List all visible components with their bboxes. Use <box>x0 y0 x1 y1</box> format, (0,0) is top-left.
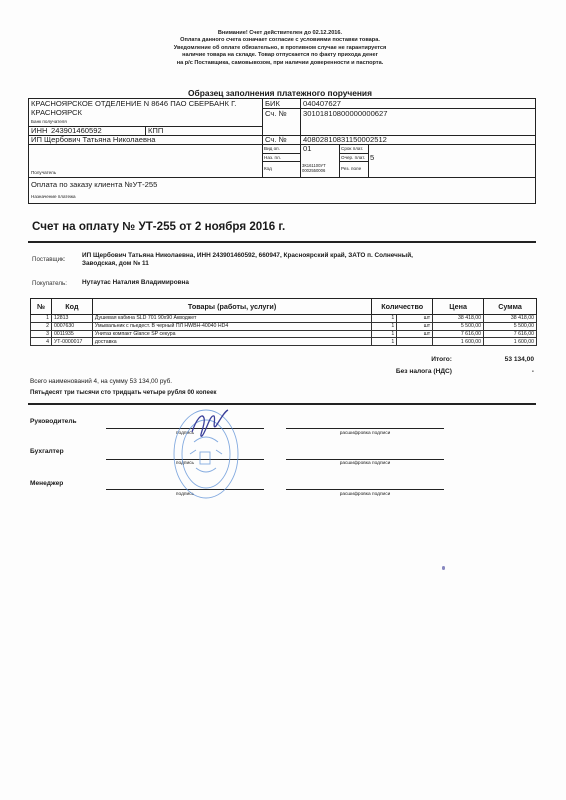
row-code: 0011935 <box>51 330 92 338</box>
table-header-row: № Код Товары (работы, услуги) Количество… <box>31 299 537 315</box>
handwritten-signature-icon <box>192 410 228 436</box>
decode-caption: расшифровка подписи <box>286 461 444 466</box>
items-table: № Код Товары (работы, услуги) Количество… <box>30 298 537 346</box>
table-row: 1 12813 Душевая кабина SLD 701 90х90 Акв… <box>31 315 537 323</box>
row-num: 1 <box>31 315 52 323</box>
title-underline <box>28 241 536 243</box>
validity-notice: Внимание! Счет действителен до 02.12.201… <box>100 30 460 67</box>
col-qty-header: Количество <box>372 299 433 315</box>
row-unit: шт <box>397 315 433 323</box>
supplier-line2: Заводская, дом № 11 <box>82 259 149 268</box>
due-date-label: Срок плат. <box>341 146 363 152</box>
divider <box>29 144 536 145</box>
decode-line <box>286 428 444 429</box>
corr-account-label: Сч. № <box>265 109 287 118</box>
row-qty: 1 <box>372 315 397 323</box>
recipient-label: Получатель <box>31 170 56 176</box>
col-num-header: № <box>31 299 52 315</box>
op-type-label: Вид оп. <box>264 146 280 152</box>
row-price: 38 418,00 <box>433 315 484 323</box>
purpose-text: Оплата по заказу клиента №УТ-255 <box>31 180 157 189</box>
account-label: Сч. № <box>265 135 287 144</box>
decode-caption: расшифровка подписи <box>286 431 444 436</box>
payment-order-box: КРАСНОЯРСКОЕ ОТДЕЛЕНИЕ N 8646 ПАО СБЕРБА… <box>28 98 536 204</box>
supplier-label: Поставщик: <box>32 256 65 263</box>
col-code-header: Код <box>51 299 92 315</box>
table-row: 3 0011935 Унитаз компакт Glance SP секур… <box>31 330 537 338</box>
decode-line <box>286 459 444 460</box>
pay-purpose-code-label: Наз. пл. <box>264 155 281 161</box>
col-sum-header: Сумма <box>484 299 537 315</box>
vat-value: - <box>532 368 534 375</box>
col-price-header: Цена <box>433 299 484 315</box>
payment-order-title: Образец заполнения платежного поручения <box>160 88 400 98</box>
row-sum: 38 418,00 <box>484 315 537 323</box>
signature-role-manager: Менеджер <box>30 480 63 487</box>
reserve-label: Рез. поле <box>341 166 361 172</box>
notice-line: наличие товара на складе. Товар отпускае… <box>100 52 460 59</box>
row-num: 4 <box>31 338 52 346</box>
row-name: Умывальник с пьедест. В черный ПЛ HWBH-4… <box>92 322 371 330</box>
buyer-value: Нутаутас Наталия Владимировна <box>82 278 189 287</box>
divider <box>262 153 300 154</box>
decode-caption: расшифровка подписи <box>286 492 444 497</box>
table-row: 2 0007630 Умывальник с пьедест. В черный… <box>31 322 537 330</box>
row-code: УТ-0000017 <box>51 338 92 346</box>
divider <box>339 153 368 154</box>
divider <box>368 144 369 177</box>
row-name: доставка <box>92 338 371 346</box>
row-code: 12813 <box>51 315 92 323</box>
row-price: 5 500,00 <box>433 322 484 330</box>
buyer-label: Покупатель: <box>32 280 67 287</box>
row-sum: 5 500,00 <box>484 322 537 330</box>
signatures-divider <box>28 403 536 405</box>
bik-value: 040407627 <box>303 99 341 108</box>
bank-name-line2: КРАСНОЯРСК <box>31 108 82 117</box>
notice-line: Внимание! Счет действителен до 02.12.201… <box>100 30 460 37</box>
decode-line <box>286 489 444 490</box>
priority-value: 5 <box>370 153 374 162</box>
ink-speck <box>442 566 445 570</box>
row-qty: 1 <box>372 338 397 346</box>
kpp-label: КПП <box>148 126 163 135</box>
priority-label: Очер. плат. <box>341 155 365 161</box>
divider <box>29 177 536 178</box>
purpose-label: Назначение платежа <box>31 194 76 200</box>
account-value: 40802810831150002512 <box>303 135 387 144</box>
row-code: 0007630 <box>51 322 92 330</box>
row-qty: 1 <box>372 330 397 338</box>
divider <box>262 161 300 162</box>
row-unit <box>397 338 433 346</box>
code-value-line2: 0002550006 <box>302 168 325 173</box>
inn-value: 243901460592 <box>51 126 102 135</box>
op-type-value: 01 <box>303 144 311 153</box>
total-value: 53 134,00 <box>505 356 534 363</box>
signature-role-accountant: Бухгалтер <box>30 448 64 455</box>
bank-name-line1: КРАСНОЯРСКОЕ ОТДЕЛЕНИЕ N 8646 ПАО СБЕРБА… <box>31 99 236 108</box>
table-row: 4 УТ-0000017 доставка 1 1 600,00 1 600,0… <box>31 338 537 346</box>
row-num: 3 <box>31 330 52 338</box>
row-sum: 1 600,00 <box>484 338 537 346</box>
notice-line: на р/с Поставщика, самовывозом, при нали… <box>100 60 460 67</box>
col-goods-header: Товары (работы, услуги) <box>92 299 371 315</box>
summary-line: Всего наименований 4, на сумму 53 134,00… <box>30 378 172 385</box>
invoice-title: Счет на оплату № УТ-255 от 2 ноября 2016… <box>32 220 285 233</box>
row-price: 7 616,00 <box>433 330 484 338</box>
total-label: Итого: <box>431 356 452 363</box>
code-label: Код <box>264 166 272 172</box>
recipient-name: ИП Щербович Татьяна Николаевна <box>31 135 155 144</box>
notice-line: Оплата данного счета означает согласие с… <box>100 37 460 44</box>
company-stamp-icon <box>172 402 240 500</box>
vat-label: Без налога (НДС) <box>396 368 452 375</box>
row-unit: шт <box>397 322 433 330</box>
row-name: Душевая кабина SLD 701 90х90 Акводжет <box>92 315 371 323</box>
divider <box>339 161 368 162</box>
row-num: 2 <box>31 322 52 330</box>
bank-label: Банк получателя <box>31 119 67 125</box>
corr-account-value: 30101810800000000627 <box>303 109 387 118</box>
row-price: 1 600,00 <box>433 338 484 346</box>
divider <box>145 126 146 135</box>
amount-in-words: Пятьдесят три тысячи сто тридцать четыре… <box>30 389 216 396</box>
row-name: Унитаз компакт Glance SP секура <box>92 330 371 338</box>
bik-label: БИК <box>265 99 280 108</box>
row-unit: шт <box>397 330 433 338</box>
inn-label: ИНН <box>31 126 47 135</box>
row-qty: 1 <box>372 322 397 330</box>
row-sum: 7 616,00 <box>484 330 537 338</box>
signature-role-director: Руководитель <box>30 418 77 425</box>
divider <box>300 99 301 177</box>
